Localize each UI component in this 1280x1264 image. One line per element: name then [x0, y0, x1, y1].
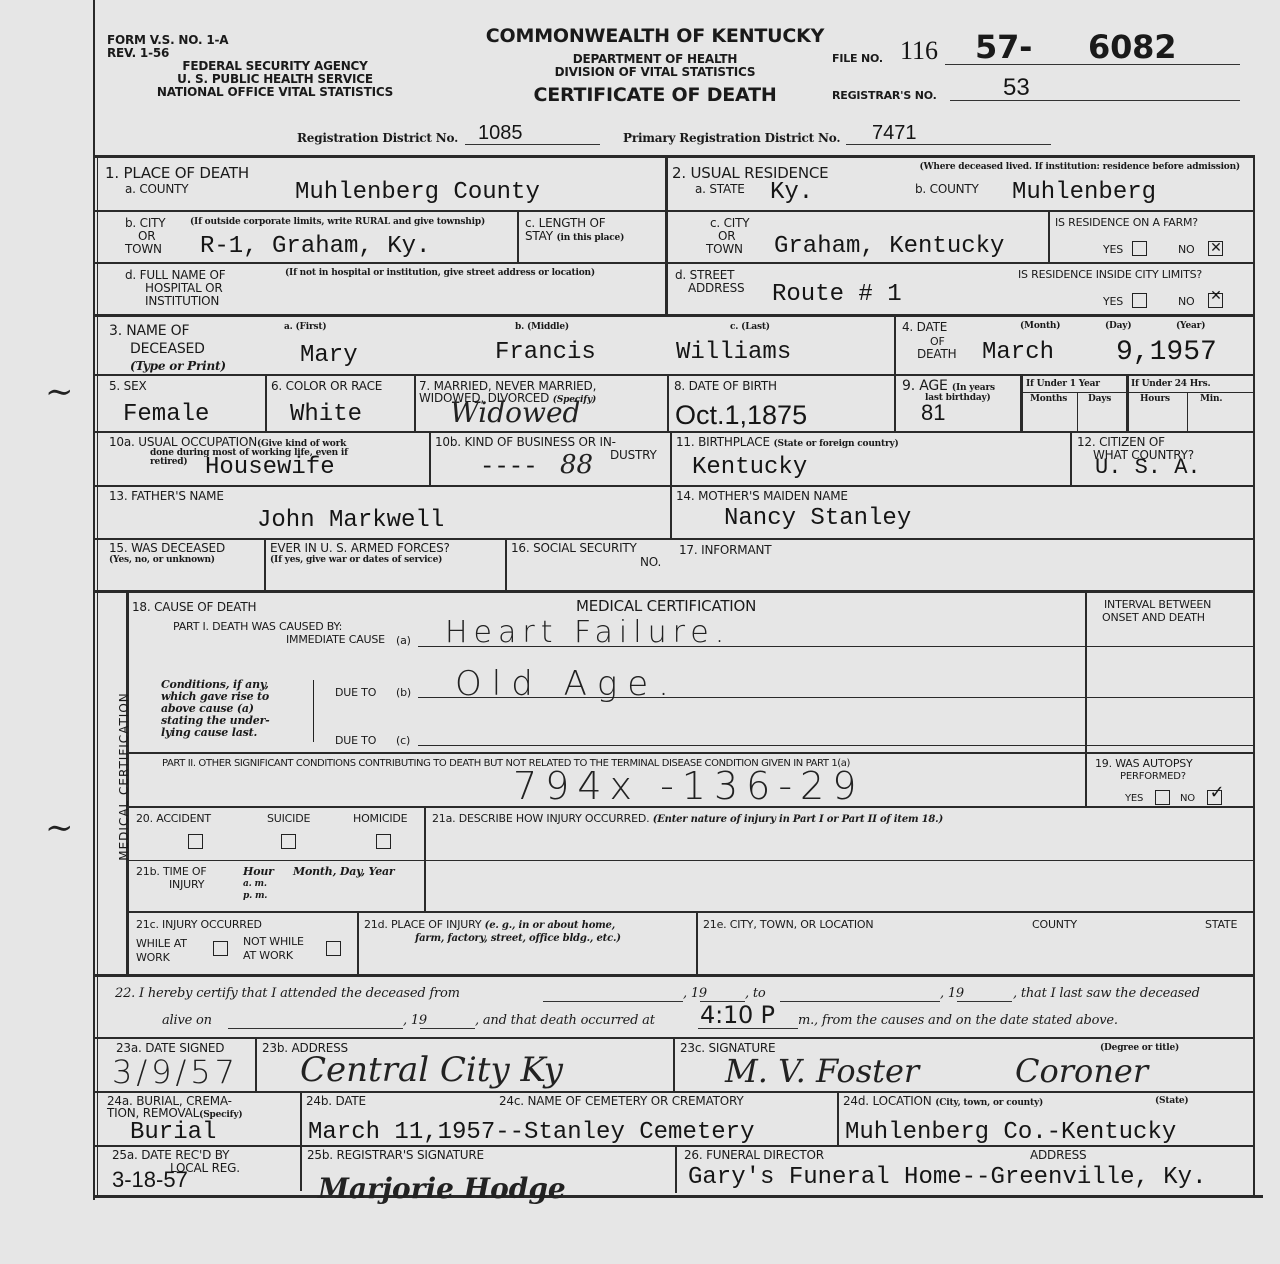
place-of-injury-note-2: farm, factory, street, office bldg., etc…	[415, 932, 621, 945]
age-note-1: (In years	[952, 383, 995, 393]
cemetery-label: 24c. NAME OF CEMETERY OR CREMATORY	[499, 1095, 744, 1108]
primary-district: 7471	[872, 120, 917, 146]
rule	[696, 911, 698, 975]
funeral-director[interactable]: Gary's Funeral Home--Greenville, Ky.	[688, 1165, 1206, 1191]
certify-to-blank	[780, 1001, 940, 1002]
rule	[264, 538, 266, 590]
funeral-address-label: ADDRESS	[1030, 1149, 1086, 1162]
address[interactable]: Central City Ky	[300, 1050, 563, 1090]
last-name[interactable]: Williams	[676, 340, 791, 366]
file-no-part1: 57-	[975, 30, 1032, 64]
limits-no-label: NO	[1178, 295, 1195, 308]
rule	[93, 485, 1255, 487]
homicide-label: HOMICIDE	[353, 812, 407, 825]
rule	[265, 374, 267, 431]
cause-a[interactable]: Heart Failure.	[445, 615, 730, 650]
injury-occurred-label: 21c. INJURY OCCURRED	[136, 918, 262, 931]
father-name[interactable]: John Markwell	[257, 508, 444, 534]
registration-district: 1085	[478, 120, 523, 146]
father-label: 13. FATHER'S NAME	[109, 490, 224, 503]
residence-city-town: TOWN	[706, 243, 743, 256]
burial-location-label: 24d. LOCATION (City, town, or county)	[843, 1095, 1043, 1108]
farm-no-label: NO	[1178, 243, 1195, 256]
business[interactable]: ----	[480, 455, 538, 481]
residence-note: (Where deceased lived. If institution: r…	[905, 163, 1240, 172]
conditions-brace	[305, 680, 314, 742]
farm-question: IS RESIDENCE ON A FARM?	[1055, 216, 1198, 229]
was-deceased-label: 15. WAS DECEASED	[109, 542, 225, 555]
rule	[128, 911, 1255, 913]
rule	[1070, 431, 1072, 485]
certify-line-2a: alive on	[162, 1014, 212, 1027]
certify-line-1c: , to	[745, 987, 766, 1000]
armed-forces-label: EVER IN U. S. ARMED FORCES?	[270, 542, 450, 555]
first-name[interactable]: Mary	[300, 343, 358, 369]
dod-label-1: 4. DATE	[902, 321, 947, 334]
residence-state[interactable]: Ky.	[770, 180, 813, 206]
county-label: a. COUNTY	[125, 183, 188, 196]
time-of-injury-label-2: INJURY	[169, 878, 204, 891]
limits-yes-checkbox[interactable]	[1132, 293, 1147, 308]
rule	[93, 974, 1255, 977]
city-label-town: TOWN	[125, 243, 162, 256]
street-label-2: ADDRESS	[688, 282, 744, 295]
homicide-checkbox[interactable]	[376, 834, 391, 849]
autopsy-label-1: 19. WAS AUTOPSY	[1095, 757, 1193, 770]
under-24-hrs-label: If Under 24 Hrs.	[1131, 380, 1210, 389]
month-day-year-label: Month, Day, Year	[293, 865, 395, 878]
rule	[894, 316, 896, 432]
race[interactable]: White	[290, 402, 362, 428]
form-rev: REV. 1-56	[107, 47, 169, 60]
occupation-label-text: 10a. USUAL OCCUPATION	[109, 435, 257, 449]
name-label-1: 3. NAME OF	[109, 324, 189, 339]
rule	[414, 374, 416, 431]
marital-status[interactable]: Widowed	[450, 396, 580, 429]
physician-signature[interactable]: M. V. Foster	[725, 1052, 919, 1090]
due-to-c-label: DUE TO	[335, 734, 376, 747]
rule	[300, 1091, 302, 1191]
age-label-text: 9. AGE	[902, 378, 948, 394]
residence-county-label: b. COUNTY	[915, 183, 979, 196]
interval-label-2: ONSET AND DEATH	[1102, 611, 1205, 624]
registrar-no-underline	[950, 100, 1240, 101]
conditions-note-1: Conditions, if any,	[161, 679, 269, 690]
rule	[1085, 592, 1087, 807]
min-label: Min.	[1200, 395, 1222, 404]
alive-on-blank	[228, 1028, 403, 1029]
conditions-note-5: lying cause last.	[161, 727, 257, 738]
date-received[interactable]: 3-18-57	[112, 1167, 188, 1193]
death-time[interactable]: 4:10 P	[700, 1002, 775, 1028]
limits-yes-label: YES	[1103, 295, 1123, 308]
primary-district-label: Primary Registration District No.	[623, 132, 840, 145]
stay-label: STAY	[525, 229, 553, 243]
month-label: (Month)	[1020, 322, 1060, 331]
armed-forces-note: (If yes, give war or dates of service)	[270, 556, 442, 565]
cause-of-death-title: 18. CAUSE OF DEATH	[132, 601, 256, 614]
was-deceased-note: (Yes, no, or unknown)	[109, 556, 215, 565]
time-of-injury-label-1: 21b. TIME OF	[136, 865, 206, 878]
place-of-injury-note-1: (e. g., in or about home,	[485, 920, 615, 931]
rule	[424, 806, 426, 862]
race-label: 6. COLOR OR RACE	[271, 380, 382, 393]
mother-label: 14. MOTHER'S MAIDEN NAME	[676, 490, 848, 503]
burial-state-note: (State)	[1155, 1097, 1189, 1106]
farm-yes-label: YES	[1103, 243, 1123, 256]
residence-state-label: a. STATE	[695, 183, 745, 196]
informant-label: 17. INFORMANT	[679, 544, 771, 557]
certify-line-1b: , 19	[683, 987, 707, 1000]
certify-line-1a: 22. I hereby certify that I attended the…	[115, 987, 460, 1000]
left-border-inner	[97, 155, 98, 1195]
accident-label: 20. ACCIDENT	[136, 812, 211, 825]
location-note: (City, town, or county)	[935, 1098, 1043, 1108]
day-label: (Day)	[1105, 322, 1131, 331]
document-title: CERTIFICATE OF DEATH	[500, 84, 810, 106]
rule	[93, 262, 1255, 264]
business-label-2: DUSTRY	[610, 449, 657, 462]
sex-label: 5. SEX	[109, 380, 146, 393]
date-signed[interactable]: 3/9/57	[112, 1053, 239, 1091]
farm-no-check-mark: ✕	[1208, 242, 1224, 255]
not-while-1: NOT WHILE	[243, 935, 304, 948]
accident-checkbox[interactable]	[188, 834, 203, 849]
autopsy-yes-checkbox[interactable]	[1155, 790, 1170, 805]
ssn-label-2: NO.	[640, 556, 661, 569]
date-of-death-month[interactable]: March	[982, 340, 1054, 366]
while-at-work-2: WORK	[136, 951, 170, 964]
margin-mark: ∼	[45, 808, 74, 848]
not-while-at-work-checkbox[interactable]	[326, 941, 341, 956]
rule	[93, 1091, 1255, 1093]
place-of-injury-text: 21d. PLACE OF INJURY	[364, 918, 481, 931]
place-of-death-city[interactable]: R-1, Graham, Ky.	[200, 234, 430, 260]
while-at-work-checkbox[interactable]	[213, 941, 228, 956]
occupation-note-3: retired)	[150, 458, 187, 467]
date-of-birth[interactable]: Oct.1,1875	[675, 402, 807, 428]
rule	[357, 911, 359, 975]
dob-label: 8. DATE OF BIRTH	[674, 380, 777, 393]
part2-code[interactable]: 794x -136-29	[513, 764, 864, 808]
cause-a-marker: (a)	[396, 634, 411, 647]
registration-district-label: Registration District No.	[297, 132, 458, 145]
birthplace[interactable]: Kentucky	[692, 455, 807, 481]
injury-describe-text: 21a. DESCRIBE HOW INJURY OCCURRED.	[432, 812, 649, 825]
rule	[837, 1091, 839, 1145]
birthplace-label: 11. BIRTHPLACE (State or foreign country…	[676, 436, 899, 449]
file-no-prefix: 116	[900, 38, 938, 64]
agency-line-3: NATIONAL OFFICE VITAL STATISTICS	[105, 86, 445, 99]
registrar-signature-label: 25b. REGISTRAR'S SIGNATURE	[307, 1149, 484, 1162]
city-limits-question: IS RESIDENCE INSIDE CITY LIMITS?	[1018, 268, 1202, 281]
rule	[93, 155, 1255, 158]
certify-from-blank	[543, 1001, 683, 1002]
burial-method[interactable]: Burial	[130, 1120, 216, 1146]
autopsy-label-2: PERFORMED?	[1120, 770, 1186, 783]
pm-label: p. m.	[243, 891, 267, 901]
age[interactable]: 81	[921, 400, 945, 426]
division: DIVISION OF VITAL STATISTICS	[500, 66, 810, 79]
not-while-2: AT WORK	[243, 949, 293, 962]
name-label-2: DECEASED	[130, 342, 205, 357]
registrar-no: 53	[1003, 75, 1030, 101]
certify-to-year-blank	[957, 1001, 1012, 1002]
burial-location[interactable]: Muhlenberg Co.-Kentucky	[845, 1120, 1176, 1146]
hospital-label-3: INSTITUTION	[145, 295, 219, 308]
rule	[418, 745, 1255, 746]
location-label-text: 24d. LOCATION	[843, 1094, 932, 1108]
conditions-note-3: above cause (a)	[161, 703, 254, 714]
business-label-1: 10b. KIND OF BUSINESS OR IN-	[435, 436, 616, 449]
rule	[665, 155, 668, 315]
state-title: COMMONWEALTH OF KENTUCKY	[460, 25, 850, 47]
due-to-b-label: DUE TO	[335, 686, 376, 699]
autopsy-no-label: NO	[1180, 792, 1195, 805]
rule	[93, 374, 1255, 376]
residence-city[interactable]: Graham, Kentucky	[774, 234, 1004, 260]
injury-county-label: COUNTY	[1032, 918, 1077, 931]
rule	[128, 752, 1255, 754]
city-note: (If outside corporate limits, write RURA…	[190, 218, 510, 227]
certify-line-1e: , that I last saw the deceased	[1013, 987, 1200, 1000]
burial-date-and-cemetery[interactable]: March 11,1957--Stanley Cemetery	[308, 1120, 754, 1146]
rule	[1022, 392, 1255, 393]
occupation[interactable]: Housewife	[205, 455, 335, 481]
rule	[255, 1037, 257, 1091]
funeral-director-label: 26. FUNERAL DIRECTOR	[684, 1149, 824, 1162]
certify-line-2b: , 19	[403, 1014, 427, 1027]
right-border	[1253, 155, 1255, 1195]
margin-mark: ∼	[45, 372, 74, 412]
rule	[424, 860, 426, 912]
while-at-work-1: WHILE AT	[136, 937, 187, 950]
rule	[667, 374, 669, 431]
left-border	[93, 0, 95, 1200]
bottom-border	[93, 1195, 1263, 1198]
autopsy-no-check-mark: ✓	[1208, 786, 1226, 799]
burial-date-label: 24b. DATE	[306, 1095, 366, 1108]
farm-yes-checkbox[interactable]	[1132, 241, 1147, 256]
middle-name-label: b. (Middle)	[515, 323, 569, 332]
last-name-label: c. (Last)	[730, 323, 770, 332]
rule	[93, 210, 1255, 212]
conditions-note-2: which gave rise to	[161, 691, 269, 702]
burial-method-label-text: TION, REMOVAL	[107, 1106, 199, 1120]
stay-note: (in this place)	[556, 233, 624, 243]
rule	[1048, 210, 1050, 262]
rule	[505, 538, 507, 590]
birthplace-note: (State or foreign country)	[773, 439, 898, 449]
rule	[93, 590, 1255, 593]
rule	[93, 431, 1255, 433]
months-label: Months	[1030, 395, 1067, 404]
hospital-note: (If not in hospital or institution, give…	[285, 269, 663, 278]
place-of-death-title: 1. PLACE OF DEATH	[105, 165, 249, 181]
year-label: (Year)	[1176, 322, 1205, 331]
hour-label: Hour	[243, 865, 274, 878]
residence-county[interactable]: Muhlenberg	[1012, 180, 1156, 206]
length-of-stay-label-2: STAY (in this place)	[525, 230, 624, 243]
registrar-no-label: REGISTRAR'S NO.	[832, 89, 937, 102]
medical-side-label: MEDICAL CERTIFICATION	[118, 692, 131, 861]
rule	[128, 860, 1255, 861]
part1-label: PART I. DEATH WAS CAUSED BY:	[173, 620, 342, 633]
alive-on-year-blank	[420, 1028, 475, 1029]
certify-line-2d: m., from the causes and on the date stat…	[798, 1014, 1118, 1027]
under-1-year-label: If Under 1 Year	[1026, 380, 1100, 389]
rule	[93, 314, 1255, 317]
certify-line-1d: , 19	[940, 987, 964, 1000]
cause-b[interactable]: Old Age.	[455, 664, 679, 704]
birthplace-label-text: 11. BIRTHPLACE	[676, 435, 770, 449]
file-no-label: FILE NO.	[832, 52, 883, 65]
sex[interactable]: Female	[123, 402, 209, 428]
rule	[673, 1037, 675, 1091]
rule	[517, 210, 519, 262]
business-code: 88	[560, 450, 593, 480]
days-label: Days	[1088, 395, 1111, 404]
medical-section-title: MEDICAL CERTIFICATION	[576, 598, 756, 614]
name-label-3: (Type or Print)	[130, 360, 226, 373]
file-no-part2: 6082	[1088, 30, 1176, 64]
suicide-checkbox[interactable]	[281, 834, 296, 849]
suicide-label: SUICIDE	[267, 812, 310, 825]
cause-c-marker: (c)	[396, 734, 410, 747]
mother-maiden-name[interactable]: Nancy Stanley	[724, 506, 911, 532]
rule	[1077, 392, 1078, 431]
age-label: 9. AGE (In years	[902, 380, 995, 393]
rule	[93, 538, 1255, 540]
rule	[1020, 374, 1023, 431]
limits-no-check-mark: ✕	[1208, 290, 1224, 303]
injury-state-label: STATE	[1205, 918, 1237, 931]
dod-label-3: DEATH	[917, 348, 956, 361]
rule	[1187, 392, 1188, 431]
immediate-cause-label: IMMEDIATE CAUSE	[286, 633, 385, 646]
first-name-label: a. (First)	[284, 323, 326, 332]
place-of-death-county[interactable]: Muhlenberg County	[295, 180, 540, 206]
injury-city-label: 21e. CITY, TOWN, OR LOCATION	[703, 918, 873, 931]
interval-label-1: INTERVAL BETWEEN	[1104, 598, 1211, 611]
certify-line-2c: , and that death occurred at	[475, 1014, 655, 1027]
injury-describe-label: 21a. DESCRIBE HOW INJURY OCCURRED. (Ente…	[432, 812, 943, 826]
middle-name[interactable]: Francis	[495, 340, 596, 366]
physician-title[interactable]: Coroner	[1015, 1052, 1148, 1090]
rule	[675, 1145, 677, 1193]
autopsy-yes-label: YES	[1125, 792, 1143, 805]
cause-b-marker: (b)	[396, 686, 411, 699]
rule	[1126, 374, 1129, 431]
hours-label: Hours	[1140, 395, 1170, 404]
conditions-note-4: stating the under-	[161, 715, 270, 726]
ssn-label-1: 16. SOCIAL SECURITY	[511, 542, 637, 555]
residence-street[interactable]: Route # 1	[772, 282, 902, 308]
citizenship[interactable]: U. S. A.	[1095, 455, 1201, 481]
injury-describe-note: (Enter nature of injury in Part I or Par…	[653, 814, 943, 825]
am-label: a. m.	[243, 879, 267, 889]
rule	[429, 431, 431, 485]
place-of-injury-label: 21d. PLACE OF INJURY (e. g., in or about…	[364, 918, 615, 932]
date-of-death-day-year[interactable]: 9,1957	[1116, 340, 1217, 366]
registrar-signature[interactable]: Marjorie Hodge	[318, 1172, 566, 1205]
